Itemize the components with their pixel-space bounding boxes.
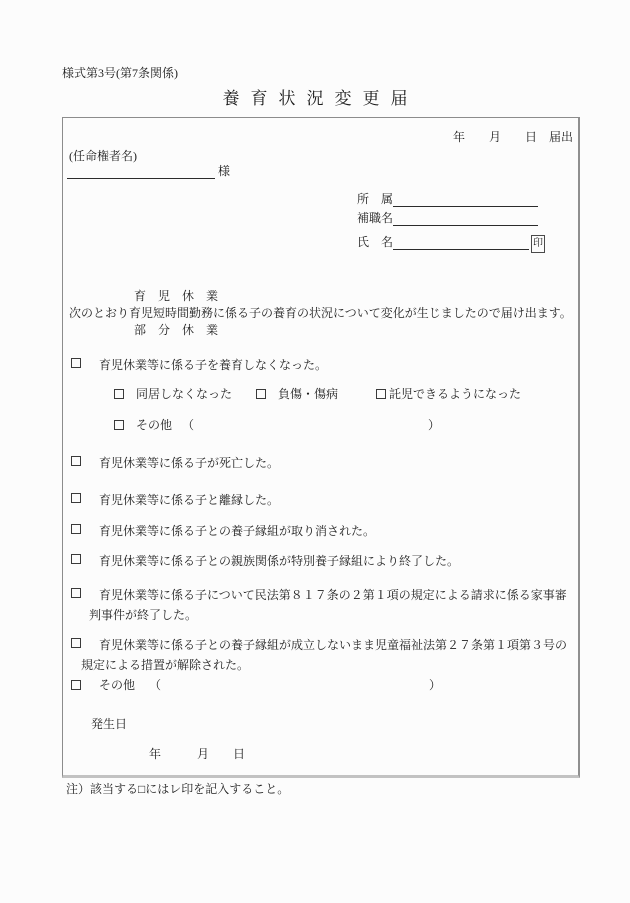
form-box: 年 月 日 届出 (任命権者名) 様 所 属 補職名 氏 名 印 育児休業 次の…: [62, 117, 580, 778]
occurrence-date-line: 年 月 日: [149, 745, 245, 762]
sub-option-childcare-available: 託児できるようになった: [376, 387, 521, 401]
sub-option-label: 負傷・傷病: [278, 387, 338, 401]
form-number: 様式第3号(第7条関係): [62, 64, 178, 81]
name-row: 氏 名 印: [357, 235, 545, 250]
item-label: 育児休業等に係る子について民法第８１７条の２第１項の規定による請求に係る家事審判…: [89, 585, 578, 625]
item-special-adoption-ended: 育児休業等に係る子との親族関係が特別養子縁組により終了した。: [71, 551, 578, 571]
checkbox-childcare-available[interactable]: [376, 389, 386, 399]
item-welfare-measure-cancelled: 育児休業等に係る子との養子縁組が成立しないまま児童福祉法第２７条第１項第３号の規…: [71, 635, 578, 675]
item-other: その他 （ ）: [71, 678, 441, 692]
name-field[interactable]: [393, 235, 529, 250]
leave-type-partial-leave: 部分休業: [134, 321, 230, 338]
item-label: 育児休業等に係る子と離縁した。: [89, 490, 578, 510]
position-label: 補職名: [357, 211, 393, 226]
close-paren: ）: [428, 418, 440, 432]
item-adoption-dissolved: 育児休業等に係る子と離縁した。: [71, 490, 578, 510]
addressee-row: 様: [67, 162, 230, 179]
occurrence-date-label: 発生日: [91, 715, 127, 732]
affiliation-label: 所 属: [357, 192, 393, 207]
checkbox-sub-other[interactable]: [114, 420, 124, 430]
footnote: 注）該当する□にはレ印を記入すること。: [66, 780, 289, 797]
sub-option-label: 託児できるようになった: [389, 387, 521, 401]
item-label: 育児休業等に係る子が死亡した。: [89, 453, 578, 473]
intro-sentence: 次のとおり育児短時間勤務に係る子の養育の状況について変化が生じましたので届け出ま…: [69, 304, 572, 321]
affiliation-row: 所 属: [357, 192, 538, 207]
checkbox-adoption-dissolved[interactable]: [71, 493, 81, 503]
sub-option-injury-illness: 負傷・傷病: [256, 387, 338, 401]
addressee-honorific: 様: [218, 162, 230, 179]
sub-option-other: その他 （ ）: [114, 418, 440, 432]
checkbox-family-court-case-ended[interactable]: [71, 588, 81, 598]
name-label: 氏 名: [357, 235, 393, 250]
other-label: その他: [99, 678, 135, 692]
open-paren: （: [182, 418, 194, 432]
open-paren: （: [149, 678, 161, 692]
sub-option-no-longer-cohabiting: 同居しなくなった: [114, 387, 232, 401]
item-no-longer-caring: 育児休業等に係る子を養育しなくなった。: [71, 355, 578, 375]
item-child-death: 育児休業等に係る子が死亡した。: [71, 453, 578, 473]
checkbox-adoption-revoked[interactable]: [71, 524, 81, 534]
item-label: 育児休業等に係る子との親族関係が特別養子縁組により終了した。: [89, 551, 578, 571]
item-label: 育児休業等に係る子との養子縁組が成立しないまま児童福祉法第２７条第１項第３号の規…: [81, 635, 578, 675]
checkbox-child-death[interactable]: [71, 456, 81, 466]
checkbox-special-adoption-ended[interactable]: [71, 554, 81, 564]
affiliation-field[interactable]: [393, 192, 538, 207]
item-label: 育児休業等に係る子との養子縁組が取り消された。: [89, 521, 578, 541]
checkbox-injury-illness[interactable]: [256, 389, 266, 399]
position-row: 補職名: [357, 211, 538, 226]
leave-type-childcare-leave: 育児休業: [134, 287, 230, 304]
form-title: 養育状況変更届: [0, 84, 630, 109]
sub-option-label: 同居しなくなった: [136, 387, 232, 401]
seal-box: 印: [531, 235, 545, 253]
item-adoption-revoked: 育児休業等に係る子との養子縁組が取り消された。: [71, 521, 578, 541]
checkbox-no-longer-caring[interactable]: [71, 358, 81, 368]
item-family-court-case-ended: 育児休業等に係る子について民法第８１７条の２第１項の規定による請求に係る家事審判…: [71, 585, 578, 625]
submission-date-line: 年 月 日 届出: [453, 128, 573, 145]
checkbox-welfare-measure-cancelled[interactable]: [71, 638, 81, 648]
sub-other-label: その他: [136, 418, 172, 432]
close-paren: ）: [429, 678, 441, 692]
checkbox-other[interactable]: [71, 680, 81, 690]
item-label: 育児休業等に係る子を養育しなくなった。: [89, 355, 578, 375]
checkbox-no-longer-cohabiting[interactable]: [114, 389, 124, 399]
appointer-name-field[interactable]: [67, 164, 215, 179]
position-field[interactable]: [393, 211, 538, 226]
